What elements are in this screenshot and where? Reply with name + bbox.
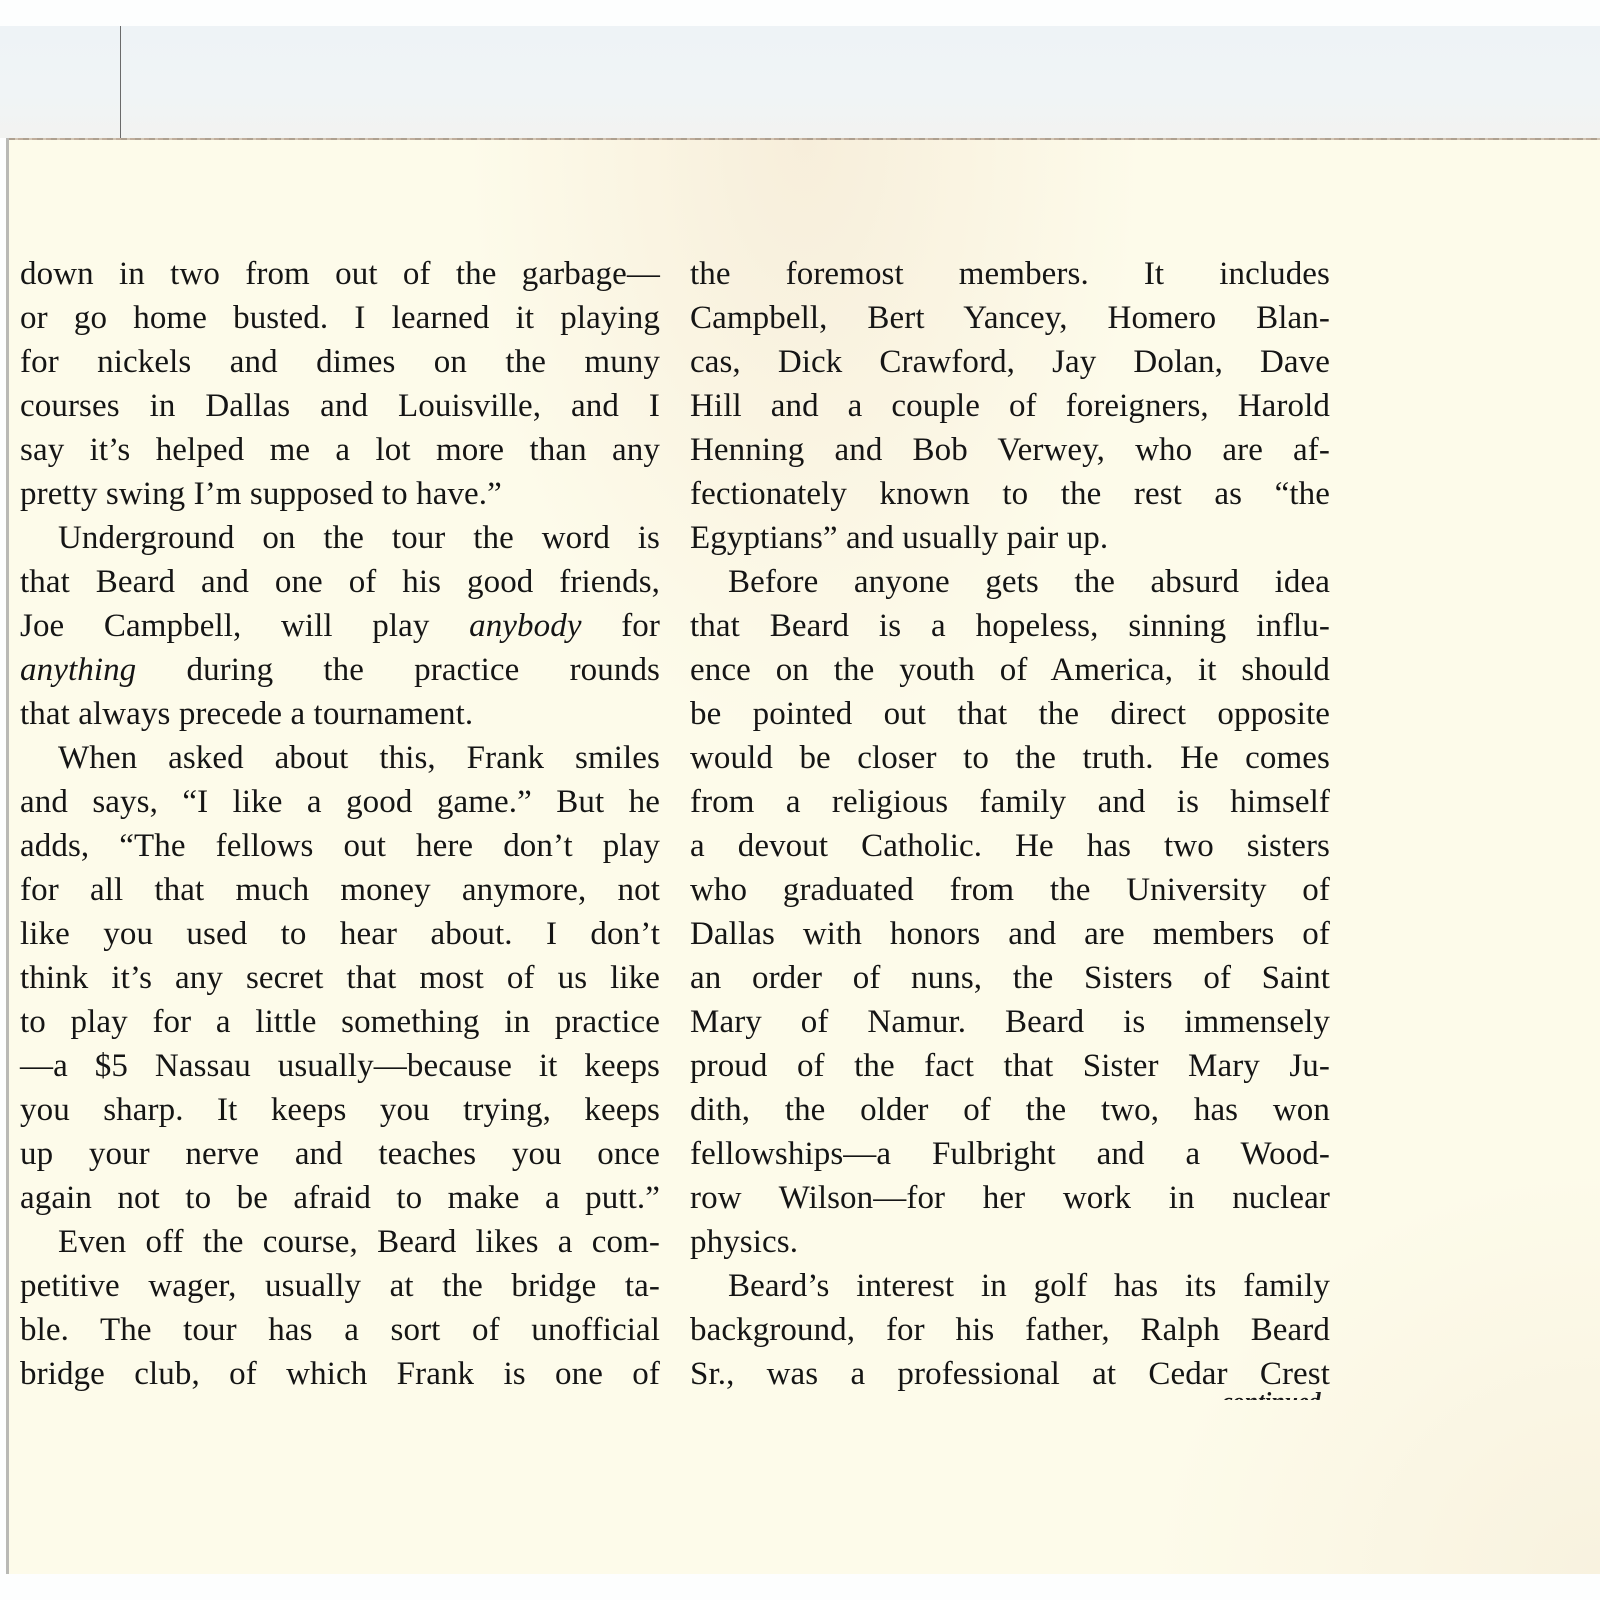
text-line: Underground on the tour the word is [20,516,660,560]
text-line: fellowships—a Fulbright and a Wood- [690,1132,1330,1176]
continued-label: continued [1222,1390,1321,1400]
text-line: that Beard is a hopeless, sinning influ- [690,604,1330,648]
text-line: fectionately known to the rest as “the [690,472,1330,516]
text-line: for all that much money anymore, not [20,868,660,912]
text-line: be pointed out that the direct opposite [690,692,1330,736]
text-line: for nickels and dimes on the muny [20,340,660,384]
italic-emphasis: anything [20,652,136,688]
text-line: an order of nuns, the Sisters of Saint [690,956,1330,1000]
text-line: down in two from out of the garbage— [20,252,660,296]
text-line: petitive wager, usually at the bridge ta… [20,1264,660,1308]
text-line: like you used to hear about. I don’t [20,912,660,956]
text-line: bridge club, of which Frank is one of [20,1352,660,1396]
text-line-with-italic: Joe Campbell, will play anybody for [20,604,660,648]
paragraph: Beard’s interest in golf has its family … [690,1264,1330,1396]
text-line: say it’s helped me a lot more than any [20,428,660,472]
paragraph: Before anyone gets the absurd idea that … [690,560,1330,1264]
scanner-background [0,26,1600,138]
text-line: row Wilson—for her work in nuclear [690,1176,1330,1220]
text-line: physics. [690,1220,1330,1264]
text-line: who graduated from the University of [690,868,1330,912]
paragraph: down in two from out of the garbage— or … [20,252,660,516]
text-line: When asked about this, Frank smiles [20,736,660,780]
paragraph: When asked about this, Frank smiles and … [20,736,660,1220]
text-line: Even off the course, Beard likes a com- [20,1220,660,1264]
right-text-column: the foremost members. It includes Campbe… [690,252,1330,1396]
text-line: ence on the youth of America, it should [690,648,1330,692]
text-line: again not to be afraid to make a putt.” [20,1176,660,1220]
text-line: proud of the fact that Sister Mary Ju- [690,1044,1330,1088]
text-line: Egyptians” and usually pair up. [690,516,1330,560]
text-line: Henning and Bob Verwey, who are af- [690,428,1330,472]
left-text-column: down in two from out of the garbage— or … [20,252,660,1396]
text-line: Dallas with honors and are members of [690,912,1330,956]
text-line: adds, “The fellows out here don’t play [20,824,660,868]
paragraph: the foremost members. It includes Campbe… [690,252,1330,560]
text-line: pretty swing I’m supposed to have.” [20,472,660,516]
text-line: Mary of Namur. Beard is immensely [690,1000,1330,1044]
text-line: or go home busted. I learned it playing [20,296,660,340]
text-line: the foremost members. It includes [690,252,1330,296]
paragraph: Even off the course, Beard likes a com- … [20,1220,660,1396]
paragraph: Underground on the tour the word is that… [20,516,660,736]
text-line: from a religious family and is himself [690,780,1330,824]
text-line: ble. The tour has a sort of unofficial [20,1308,660,1352]
italic-emphasis: anybody [469,608,582,644]
text-line: —a $5 Nassau usually—because it keeps [20,1044,660,1088]
text-line: Beard’s interest in golf has its family [690,1264,1330,1308]
text-line: that always precede a tournament. [20,692,660,736]
text-line: Campbell, Bert Yancey, Homero Blan- [690,296,1330,340]
text-line: that Beard and one of his good friends, [20,560,660,604]
text-line: up your nerve and teaches you once [20,1132,660,1176]
text-line: courses in Dallas and Louisville, and I [20,384,660,428]
text-line: would be closer to the truth. He comes [690,736,1330,780]
text-line: you sharp. It keeps you trying, keeps [20,1088,660,1132]
text-line: cas, Dick Crawford, Jay Dolan, Dave [690,340,1330,384]
text-line: a devout Catholic. He has two sisters [690,824,1330,868]
text-line: Before anyone gets the absurd idea [690,560,1330,604]
text-line: and says, “I like a good game.” But he [20,780,660,824]
text-line: dith, the older of the two, has won [690,1088,1330,1132]
text-line: think it’s any secret that most of us li… [20,956,660,1000]
text-line-with-italic: anything during the practice rounds [20,648,660,692]
page-torn-edge [9,138,1600,140]
text-line: to play for a little something in practi… [20,1000,660,1044]
text-line: Hill and a couple of foreigners, Harold [690,384,1330,428]
text-line: background, for his father, Ralph Beard [690,1308,1330,1352]
